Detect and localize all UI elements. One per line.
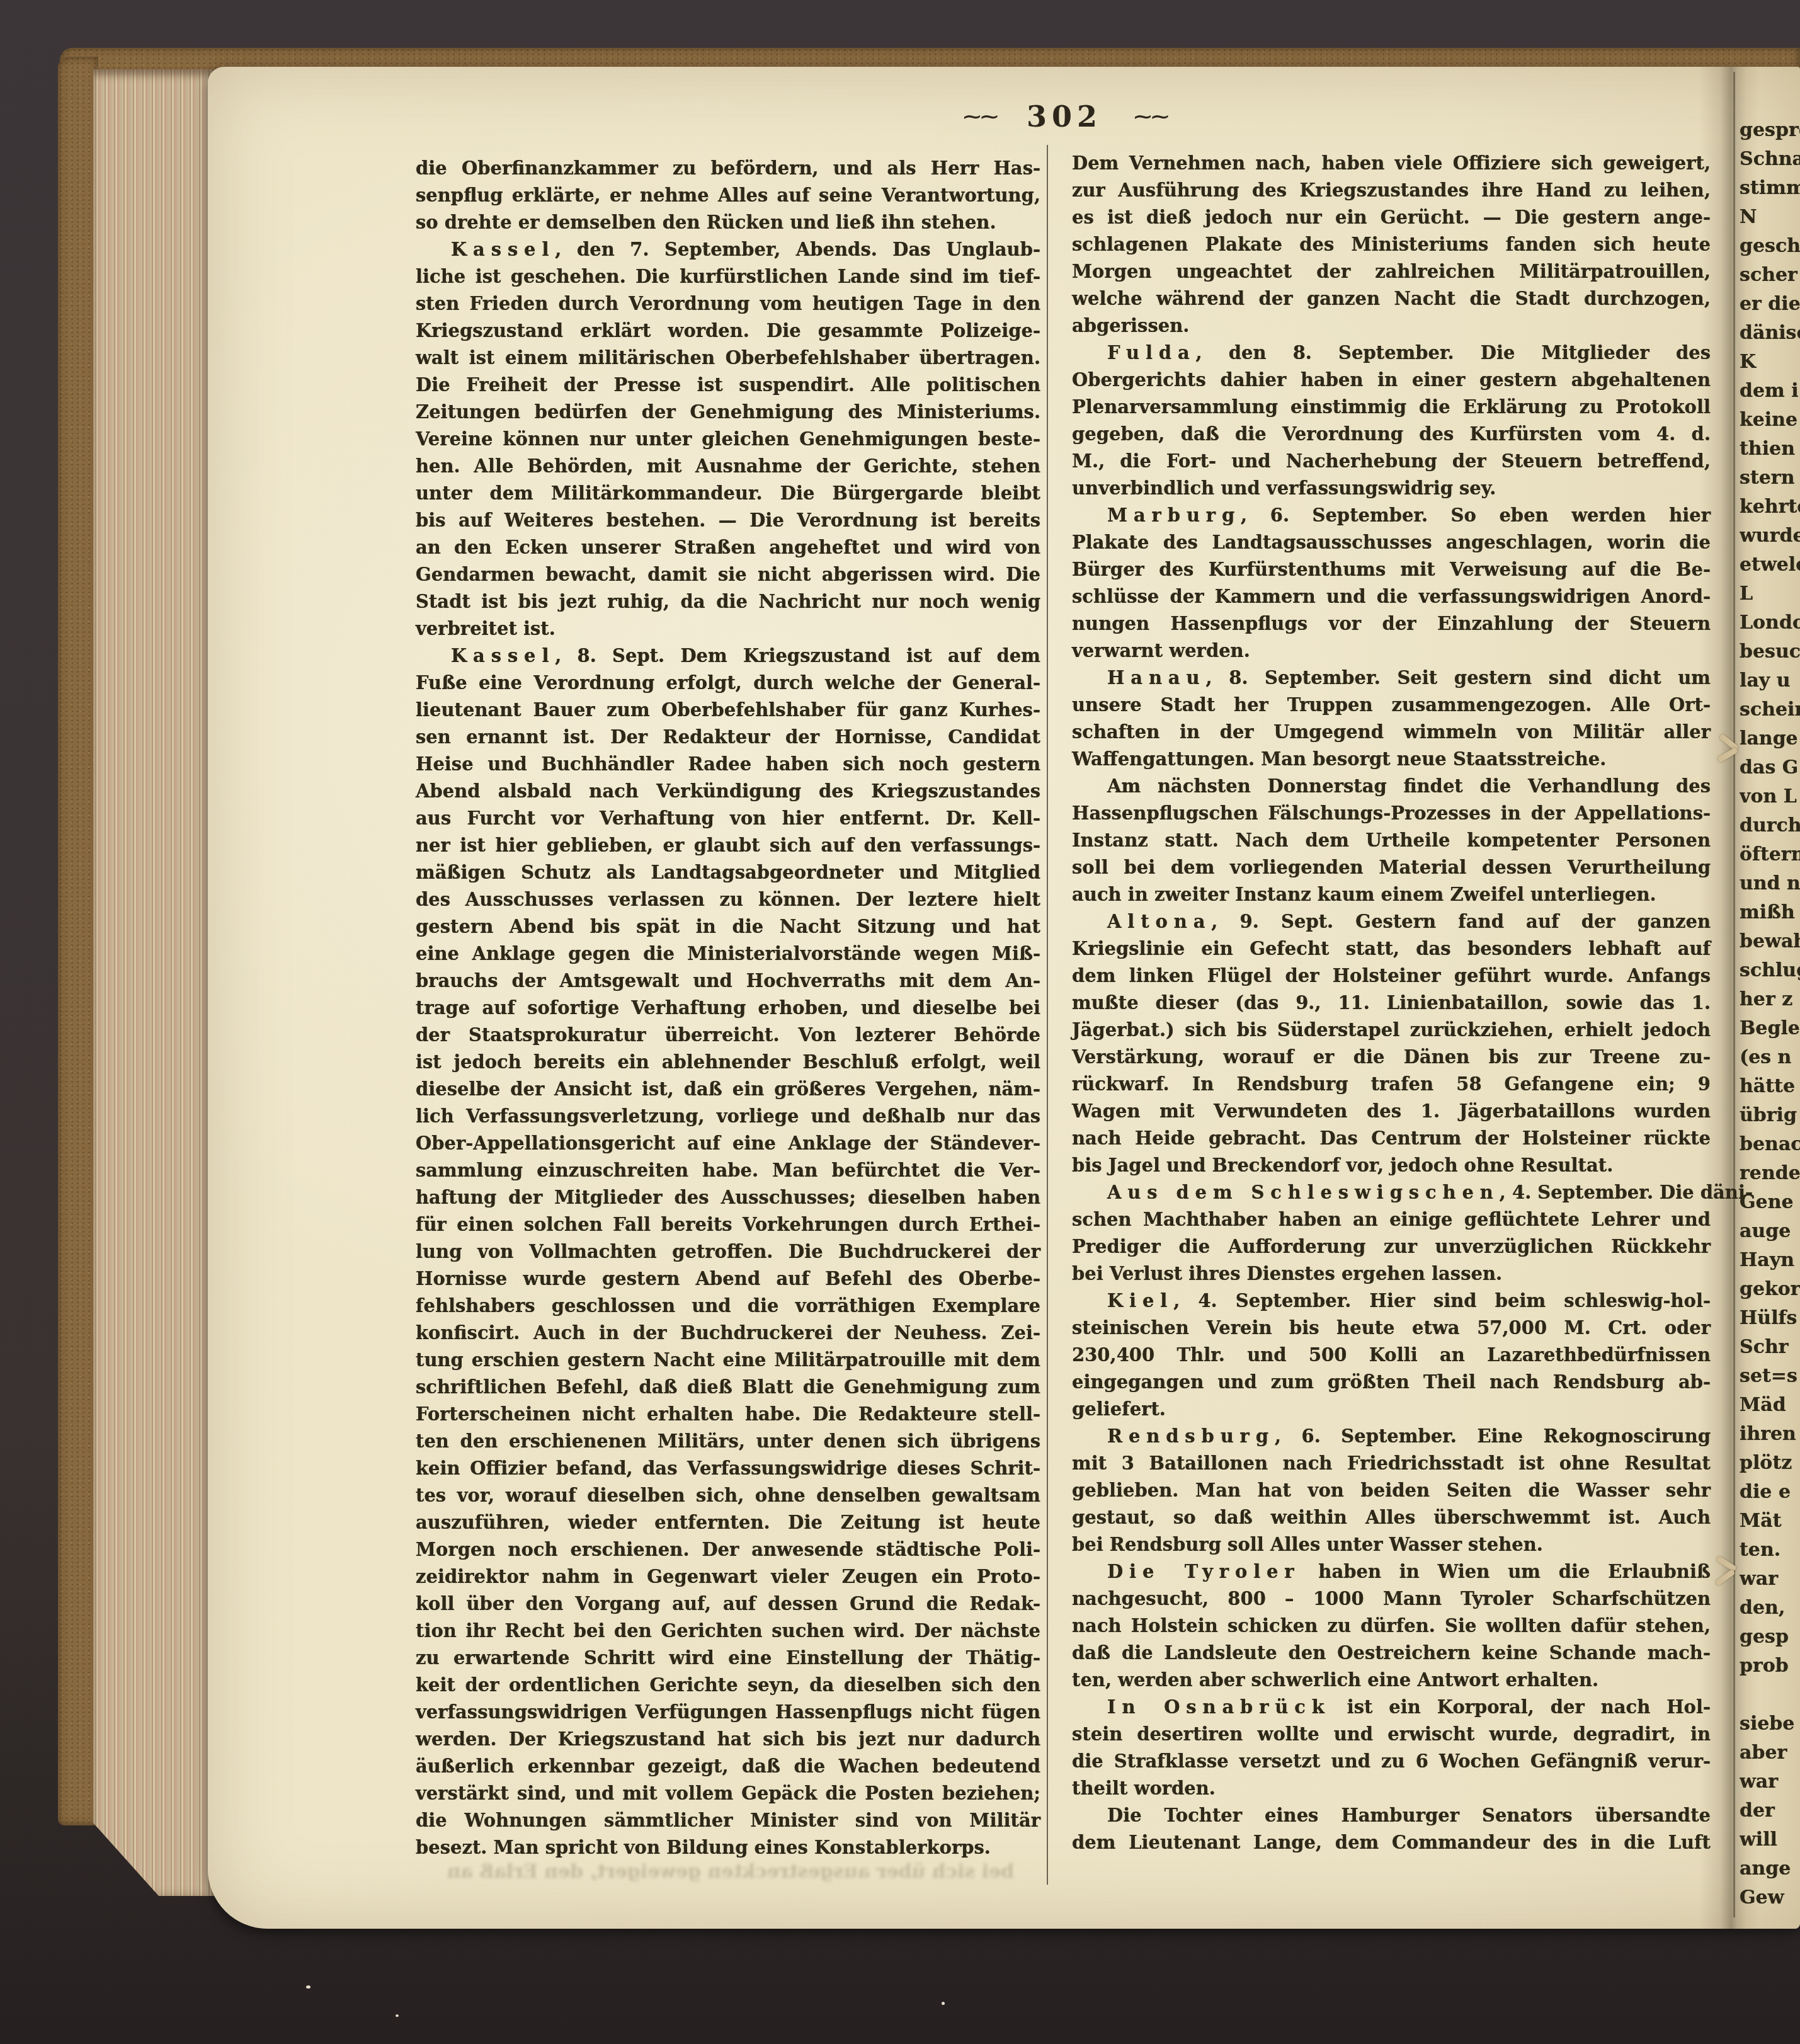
- text-line: her z: [1740, 985, 1800, 1014]
- text-line: Hayn: [1740, 1246, 1800, 1275]
- dust-speck: [942, 2002, 945, 2005]
- text-line: kein Offizier befand, das Verfassungswid…: [416, 1455, 1040, 1482]
- dateline-spaced-text: Kassel: [451, 645, 555, 666]
- text-line: Aus dem Schleswigschen, 4. September. Di…: [1072, 1179, 1711, 1206]
- text-line: schlüsse der Kammern und die verfassungs…: [1072, 583, 1711, 610]
- text-line: das G: [1740, 753, 1800, 782]
- text-line: zu erwartende Schritt wird eine Einstell…: [416, 1645, 1040, 1672]
- text-line: Mäd: [1740, 1391, 1800, 1420]
- text-line: besezt. Man spricht von Bildung eines Ko…: [416, 1834, 1040, 1861]
- text-line: auch in zweiter Instanz kaum einem Zweif…: [1072, 881, 1711, 908]
- text-line: liche ist geschehen. Die kurfürstlichen …: [416, 263, 1040, 290]
- text-line: soll bei dem vorliegenden Material desse…: [1072, 854, 1711, 881]
- text-line: Begle: [1740, 1014, 1800, 1043]
- text-line: walt ist einem militärischen Oberbefehls…: [416, 345, 1040, 372]
- text-line: Waffengattungen. Man besorgt neue Staats…: [1072, 746, 1711, 773]
- text-line: Jägerbat.) sich bis Süderstapel zurückzi…: [1072, 1017, 1711, 1044]
- text-line: verbreitet ist.: [416, 615, 1040, 642]
- header-ornament-left: ∼∼: [962, 105, 996, 128]
- text-line: ten den erschienenen Militärs, unter den…: [416, 1428, 1040, 1455]
- text-line: Hassenpflugschen Fälschungs-Prozesses in…: [1072, 800, 1711, 827]
- dateline-spaced-text: In Osnabrück: [1107, 1696, 1331, 1718]
- text-line: [1740, 1681, 1800, 1710]
- text-line: Mät: [1740, 1507, 1800, 1536]
- text-line: gestern Abend bis spät in die Nacht Sitz…: [416, 913, 1040, 940]
- text-line: Fulda, den 8. September. Die Mitglieder …: [1072, 340, 1711, 367]
- text-line: verfassungswidrigen Verfügungen Hassenpf…: [416, 1699, 1040, 1726]
- text-line: schlug: [1740, 956, 1800, 985]
- text-column-left: die Oberfinanzkammer zu befördern, und a…: [416, 155, 1040, 1861]
- text-line: Hornisse wurde gestern Abend auf Befehl …: [416, 1265, 1040, 1293]
- text-line: M., die Fort- und Nacherhebung der Steue…: [1072, 448, 1711, 475]
- text-line: Fuße eine Verordnung erfolgt, durch welc…: [416, 670, 1040, 697]
- text-line: lung von Vollmachten getroffen. Die Buch…: [416, 1238, 1040, 1265]
- text-line: thien: [1740, 435, 1800, 464]
- text-line: für einen solchen Fall bereits Vorkehrun…: [416, 1211, 1040, 1238]
- text-line: gekor: [1740, 1275, 1800, 1304]
- dateline-spaced-text: Aus dem Schleswigschen: [1107, 1182, 1500, 1203]
- book-cover-left-edge: [58, 57, 98, 1825]
- text-line: bis Jagel und Breckendorf vor, jedoch oh…: [1072, 1152, 1711, 1179]
- text-line: Vereine können nur unter gleichen Genehm…: [416, 426, 1040, 453]
- text-line: trage auf sofortige Verhaftung erhoben, …: [416, 995, 1040, 1022]
- text-line: aber: [1740, 1739, 1800, 1767]
- text-line: eine Anklage gegen die Ministerialvorstä…: [416, 940, 1040, 968]
- dateline-spaced-text: Hanau: [1107, 667, 1205, 688]
- text-line: Forterscheinen nicht erhalten habe. Die …: [416, 1401, 1040, 1428]
- text-line: zeidirektor nahm in Gegenwart vieler Zeu…: [416, 1563, 1040, 1590]
- text-line: nach Heide gebracht. Das Centrum der Hol…: [1072, 1125, 1711, 1152]
- text-line: bewah: [1740, 927, 1800, 956]
- text-line: Bürger des Kurfürstenthums mit Verweisun…: [1072, 556, 1711, 583]
- text-line: nachgesucht, 800 – 1000 Mann Tyroler Sch…: [1072, 1585, 1711, 1613]
- text-line: mußte dieser (das 9., 11. Linienbataillo…: [1072, 990, 1711, 1017]
- text-line: tion ihr Recht bei den Gerichten suchen …: [416, 1618, 1040, 1645]
- text-line: gestaut, so daß weithin Alles überschwem…: [1072, 1504, 1711, 1531]
- text-line: N: [1740, 203, 1800, 232]
- text-column-middle: Dem Vernehmen nach, haben viele Offizier…: [1072, 150, 1711, 1856]
- page-header: ∼∼ 302 ∼∼: [875, 100, 1253, 134]
- text-line: verstärkt sind, und mit vollem Gepäck di…: [416, 1780, 1040, 1807]
- text-line: lich Verfassungsverletzung, vorliege und…: [416, 1103, 1040, 1130]
- text-line: Die Tochter eines Hamburger Senators übe…: [1072, 1802, 1711, 1829]
- text-line: L: [1740, 580, 1800, 608]
- text-line: ner ist hier geblieben, er glaubt sich a…: [416, 832, 1040, 859]
- text-line: ten, werden aber schwerlich eine Antwort…: [1072, 1667, 1711, 1694]
- text-line: prob: [1740, 1652, 1800, 1681]
- text-line: Kriegszustand erklärt worden. Die gesamm…: [416, 317, 1040, 345]
- text-line: Gene: [1740, 1188, 1800, 1217]
- text-line: plötz: [1740, 1449, 1800, 1478]
- text-line: In Osnabrück ist ein Korporal, der nach …: [1072, 1694, 1711, 1721]
- text-line: tes vor, worauf dieselben sich, ohne den…: [416, 1482, 1040, 1509]
- text-line: übrig: [1740, 1101, 1800, 1130]
- text-line: haftung der Mitglieder des Ausschusses; …: [416, 1184, 1040, 1211]
- page-number: 302: [1027, 100, 1102, 134]
- text-line: die Strafklasse versetzt und zu 6 Wochen…: [1072, 1748, 1711, 1775]
- text-line: daß die Landsleute den Oestreichern kein…: [1072, 1640, 1711, 1667]
- text-line: koll über den Vorgang auf, auf dessen Gr…: [416, 1590, 1040, 1618]
- show-through-text: bei sich über ausgestreckten geweigert, …: [447, 1861, 1014, 1883]
- text-line: auszuführen, wieder entfernten. Die Zeit…: [416, 1509, 1040, 1536]
- text-line: Verstärkung, worauf er die Dänen bis zur…: [1072, 1044, 1711, 1071]
- text-column-right-clipped: gespreSchnastimmtNgeschrischer Ner diedä…: [1740, 116, 1800, 1912]
- text-line: war: [1740, 1565, 1800, 1594]
- text-line: den,: [1740, 1594, 1800, 1623]
- text-line: Die Tyroler haben in Wien um die Erlaubn…: [1072, 1558, 1711, 1585]
- text-line: fehlshabers geschlossen und die vorräthi…: [416, 1293, 1040, 1320]
- text-line: Wagen mit Verwundeten des 1. Jägerbatail…: [1072, 1098, 1711, 1125]
- text-line: aus Furcht vor Verhaftung von hier entfe…: [416, 805, 1040, 832]
- text-line: Hanau, 8. September. Seit gestern sind d…: [1072, 665, 1711, 692]
- text-line: geschri: [1740, 232, 1800, 261]
- text-line: dem i: [1740, 377, 1800, 406]
- text-line: keine: [1740, 406, 1800, 435]
- text-line: siebe: [1740, 1710, 1800, 1739]
- text-line: rückwarf. In Rendsburg trafen 58 Gefange…: [1072, 1071, 1711, 1098]
- text-line: hen. Alle Behörden, mit Ausnahme der Ger…: [416, 453, 1040, 480]
- text-line: Kriegslinie ein Gefecht statt, das beson…: [1072, 935, 1711, 962]
- text-line: die e: [1740, 1478, 1800, 1507]
- text-line: der Staatsprokuratur überreicht. Von lez…: [416, 1022, 1040, 1049]
- text-line: unsere Stadt her Truppen zusammengezogen…: [1072, 692, 1711, 719]
- text-line: Heise und Buchhändler Radee haben sich n…: [416, 751, 1040, 778]
- text-line: (es n: [1740, 1043, 1800, 1072]
- text-line: durch: [1740, 811, 1800, 840]
- dust-speck: [306, 1985, 310, 1989]
- text-line: Altona, 9. Sept. Gestern fand auf der ga…: [1072, 908, 1711, 935]
- text-line: nungen Hassenpflugs vor der Einzahlung d…: [1072, 610, 1711, 637]
- column-divider-rule: [1047, 145, 1048, 1885]
- text-line: Kassel, den 7. September, Abends. Das Un…: [416, 236, 1040, 263]
- dateline-spaced-text: Marburg: [1107, 505, 1241, 526]
- text-line: schlagenen Plakate des Ministeriums fand…: [1072, 231, 1711, 258]
- text-line: Instanz statt. Nach dem Urtheile kompete…: [1072, 827, 1711, 854]
- text-line: mit 3 Bataillonen nach Friedrichsstadt i…: [1072, 1450, 1711, 1477]
- text-line: stern: [1740, 464, 1800, 493]
- text-line: scher N: [1740, 261, 1800, 290]
- scanned-page: ∼∼ 302 ∼∼ die Oberfinanzkammer zu beförd…: [208, 67, 1800, 1929]
- text-line: unter dem Militärkommandeur. Die Bürgerg…: [416, 480, 1040, 507]
- text-line: Morgen ungeachtet der zahlreichen Militä…: [1072, 258, 1711, 285]
- text-line: 230,400 Thlr. und 500 Kolli an Lazarethb…: [1072, 1342, 1711, 1369]
- text-line: brauchs der Amtsgewalt und Hochverraths …: [416, 968, 1040, 995]
- text-line: welche während der ganzen Nacht die Stad…: [1072, 285, 1711, 312]
- text-line: Prediger die Aufforderung zur unverzügli…: [1072, 1233, 1711, 1260]
- text-line: gegeben, daß die Verordnung des Kurfürst…: [1072, 421, 1711, 448]
- text-line: eingegangen und zum größten Theil nach R…: [1072, 1369, 1711, 1396]
- text-line: Zeitungen bedürfen der Genehmigung des M…: [416, 399, 1040, 426]
- text-line: Abend alsbald nach Verkündigung des Krie…: [416, 778, 1040, 805]
- text-line: sen ernannt ist. Der Redakteur der Horni…: [416, 724, 1040, 751]
- text-line: des Ausschusses verlassen zu können. Der…: [416, 886, 1040, 913]
- text-line: Hülfs: [1740, 1304, 1800, 1333]
- text-line: Dem Vernehmen nach, haben viele Offizier…: [1072, 150, 1711, 177]
- text-line: besuch: [1740, 637, 1800, 666]
- text-line: war: [1740, 1767, 1800, 1796]
- text-line: Schna: [1740, 145, 1800, 174]
- text-line: äußerlich erkennbar gezeigt, daß die Wac…: [416, 1753, 1040, 1780]
- dateline-spaced-text: Rendsburg: [1107, 1425, 1275, 1447]
- text-line: schen Machthaber haben an einige geflüch…: [1072, 1206, 1711, 1233]
- text-line: Kiel, 4. September. Hier sind beim schle…: [1072, 1287, 1711, 1315]
- text-line: ihren: [1740, 1420, 1800, 1449]
- text-line: an den Ecken unserer Straßen angeheftet …: [416, 534, 1040, 561]
- text-line: lieutenant Bauer zum Oberbefehlshaber fü…: [416, 697, 1040, 724]
- text-line: ange: [1740, 1854, 1800, 1883]
- text-line: unverbindlich und verfassungswidrig sey.: [1072, 475, 1711, 502]
- dateline-spaced-text: Die Tyroler: [1107, 1561, 1301, 1582]
- text-line: schein: [1740, 695, 1800, 724]
- dateline-spaced-text: Fulda: [1107, 342, 1196, 363]
- text-line: K: [1740, 348, 1800, 377]
- dateline-spaced-text: Kassel: [451, 239, 555, 260]
- text-line: Gendarmen bewacht, damit sie nicht abger…: [416, 561, 1040, 588]
- text-line: dieselbe der Ansicht ist, daß ein größer…: [416, 1076, 1040, 1103]
- text-line: so drehte er demselben den Rücken und li…: [416, 209, 1040, 236]
- text-line: er die: [1740, 290, 1800, 319]
- text-line: der: [1740, 1796, 1800, 1825]
- text-line: will: [1740, 1825, 1800, 1854]
- text-line: set=s: [1740, 1362, 1800, 1391]
- text-line: mäßigen Schutz als Landtagsabgeordneter …: [416, 859, 1040, 886]
- text-line: steinischen Verein bis heute etwa 57,000…: [1072, 1315, 1711, 1342]
- text-line: dänisch: [1740, 319, 1800, 348]
- text-line: gesp: [1740, 1623, 1800, 1652]
- text-line: kehrte: [1740, 493, 1800, 522]
- page-crease-line: [1733, 72, 1735, 1917]
- text-line: die Oberfinanzkammer zu befördern, und a…: [416, 155, 1040, 182]
- text-line: lay u: [1740, 666, 1800, 695]
- text-line: etwelc: [1740, 551, 1800, 580]
- text-line: Morgen noch erschienen. Der anwesende st…: [416, 1536, 1040, 1563]
- text-line: Schr: [1740, 1333, 1800, 1362]
- text-line: Obergerichts dahier haben in einer geste…: [1072, 367, 1711, 394]
- text-line: keit der ordentlichen Gerichte seyn, da …: [416, 1672, 1040, 1699]
- text-line: ist jedoch bereits ein ablehnender Besch…: [416, 1049, 1040, 1076]
- text-line: Die Freiheit der Presse ist suspendirt. …: [416, 372, 1040, 399]
- text-line: verwarnt werden.: [1072, 637, 1711, 665]
- text-line: Gew: [1740, 1883, 1800, 1912]
- text-line: bei Rendsburg soll Alles unter Wasser st…: [1072, 1531, 1711, 1558]
- text-line: stein desertiren wollte und erwischt wur…: [1072, 1721, 1711, 1748]
- text-line: benach: [1740, 1130, 1800, 1159]
- text-line: Plakate des Landtagsausschusses angeschl…: [1072, 529, 1711, 556]
- text-line: mißh: [1740, 898, 1800, 927]
- text-line: konfiscirt. Auch in der Buchdruckerei de…: [416, 1320, 1040, 1347]
- text-line: gespre: [1740, 116, 1800, 145]
- text-line: geblieben. Man hat von beiden Seiten die…: [1072, 1477, 1711, 1504]
- text-line: Rendsburg, 6. September. Eine Rekognosci…: [1072, 1423, 1711, 1450]
- text-line: schriftlichen Befehl, daß dieß Blatt die…: [416, 1374, 1040, 1401]
- text-line: stimmt: [1740, 174, 1800, 203]
- text-line: lange: [1740, 724, 1800, 753]
- dateline-spaced-text: Altona: [1107, 911, 1211, 932]
- text-line: Plenarversammlung einstimmig die Erkläru…: [1072, 394, 1711, 421]
- text-line: hätte: [1740, 1072, 1800, 1101]
- text-line: tung erschien gestern Nacht eine Militär…: [416, 1347, 1040, 1374]
- page-stack-fore-edge: [93, 69, 219, 1896]
- text-line: bis auf Weiteres bestehen. — Die Verordn…: [416, 507, 1040, 534]
- text-line: zur Ausführung des Kriegszustandes ihre …: [1072, 177, 1711, 204]
- text-line: dem linken Flügel der Holsteiner geführt…: [1072, 962, 1711, 990]
- text-line: Londo: [1740, 608, 1800, 637]
- text-line: auge: [1740, 1217, 1800, 1246]
- text-line: von L: [1740, 782, 1800, 811]
- text-line: wurde: [1740, 522, 1800, 551]
- text-line: sammlung einzuschreiten habe. Man befürc…: [416, 1157, 1040, 1184]
- text-line: Am nächsten Donnerstag findet die Verhan…: [1072, 773, 1711, 800]
- text-line: die Wohnungen sämmtlicher Minister sind …: [416, 1807, 1040, 1834]
- text-line: Ober-Appellationsgericht auf eine Anklag…: [416, 1130, 1040, 1157]
- dust-speck: [396, 2014, 399, 2017]
- text-line: öftern: [1740, 840, 1800, 869]
- text-line: Kassel, 8. Sept. Dem Kriegszustand ist a…: [416, 642, 1040, 670]
- text-line: geliefert.: [1072, 1396, 1711, 1423]
- text-line: Stadt ist bis jezt ruhig, da die Nachric…: [416, 588, 1040, 615]
- dateline-spaced-text: Kiel: [1107, 1290, 1173, 1311]
- header-ornament-right: ∼∼: [1132, 105, 1167, 128]
- text-line: bei Verlust ihres Dienstes ergehen lasse…: [1072, 1260, 1711, 1287]
- text-line: schaften in der Umgegend wimmeln von Mil…: [1072, 719, 1711, 746]
- text-line: und n: [1740, 869, 1800, 898]
- text-line: Marburg, 6. September. So eben werden hi…: [1072, 502, 1711, 529]
- text-line: dem Lieutenant Lange, dem Commandeur des…: [1072, 1829, 1711, 1856]
- text-line: abgerissen.: [1072, 312, 1711, 340]
- text-line: es ist dieß jedoch nur ein Gerücht. — Di…: [1072, 204, 1711, 231]
- text-line: ten.: [1740, 1536, 1800, 1565]
- text-line: rende: [1740, 1159, 1800, 1188]
- text-line: theilt worden.: [1072, 1775, 1711, 1802]
- text-line: werden. Der Kriegszustand hat sich bis j…: [416, 1726, 1040, 1753]
- text-line: nach Holstein schicken zu dürfen. Sie wo…: [1072, 1613, 1711, 1640]
- text-line: sten Frieden durch Verordnung vom heutig…: [416, 290, 1040, 317]
- text-line: senpflug erklärte, er nehme Alles auf se…: [416, 182, 1040, 209]
